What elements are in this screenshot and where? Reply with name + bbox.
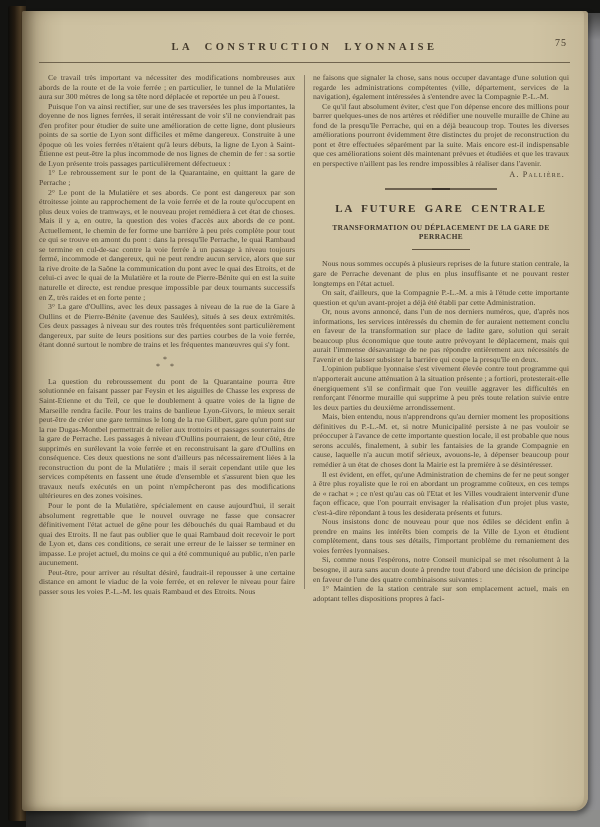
text-columns: Ce travail très important va nécessiter …	[39, 73, 570, 603]
journal-title: LA CONSTRUCTION LYONNAISE	[172, 42, 438, 53]
paragraph: On sait, d'ailleurs, que la Compagnie P.…	[313, 288, 569, 307]
paragraph: 1° Le rebroussement sur le pont de la Qu…	[39, 168, 295, 187]
paragraph: 3° La gare d'Oullins, avec les deux pass…	[39, 302, 295, 350]
paragraph: 1° Maintien de la station centrale sur s…	[313, 584, 569, 603]
subtitle-divider	[412, 249, 470, 250]
right-column: ne faisons que signaler la chose, sans n…	[313, 73, 569, 603]
paragraph: Mais, bien entendu, nous n'apprendrons q…	[313, 412, 569, 469]
article-subtitle: TRANSFORMATION OU DÉPLACEMENT DE LA GARE…	[313, 223, 569, 241]
paragraph: Nous insistons donc de nouveau pour que …	[313, 517, 569, 555]
author-signature: A. Pallière.	[313, 170, 565, 179]
journal-page: LA CONSTRUCTION LYONNAISE 75 Ce travail …	[22, 11, 588, 811]
paragraph: Ce travail très important va nécessiter …	[39, 73, 295, 102]
paragraph: Si, comme nous l'espérons, notre Conseil…	[313, 555, 569, 584]
ornament-divider	[385, 188, 497, 190]
asterism-separator: * * *	[39, 356, 295, 370]
paragraph: Pour le pont de la Mulatière, spécialeme…	[39, 501, 295, 568]
left-column: Ce travail très important va nécessiter …	[39, 73, 295, 603]
paragraph: Ce qu'il faut absolument éviter, c'est q…	[313, 102, 569, 169]
article-title: LA FUTURE GARE CENTRALE	[313, 203, 569, 215]
page-number: 75	[555, 38, 567, 49]
paragraph: Il est évident, en effet, qu'une Adminis…	[313, 470, 569, 518]
paragraph: L'opinion publique lyonnaise s'est vivem…	[313, 364, 569, 412]
paragraph: 2° Le pont de la Mulatière et ses abords…	[39, 188, 295, 303]
scanned-book-photo: LA CONSTRUCTION LYONNAISE 75 Ce travail …	[0, 0, 600, 827]
photo-background-bottom	[0, 810, 600, 827]
paragraph: ne faisons que signaler la chose, sans n…	[313, 73, 569, 102]
photo-background-right	[586, 0, 600, 827]
column-divider	[304, 75, 305, 589]
paragraph: Peut-être, pour arriver au résultat dési…	[39, 568, 295, 597]
page-header: LA CONSTRUCTION LYONNAISE 75	[39, 37, 570, 53]
paragraph: Puisque l'on va ainsi rectifier, sur une…	[39, 102, 295, 169]
paragraph: La question du rebroussement du pont de …	[39, 377, 295, 501]
paragraph: Or, nous avons annoncé, dans l'un de nos…	[313, 307, 569, 364]
header-rule	[39, 62, 570, 63]
paragraph: Nous nous sommes occupés à plusieurs rep…	[313, 259, 569, 288]
